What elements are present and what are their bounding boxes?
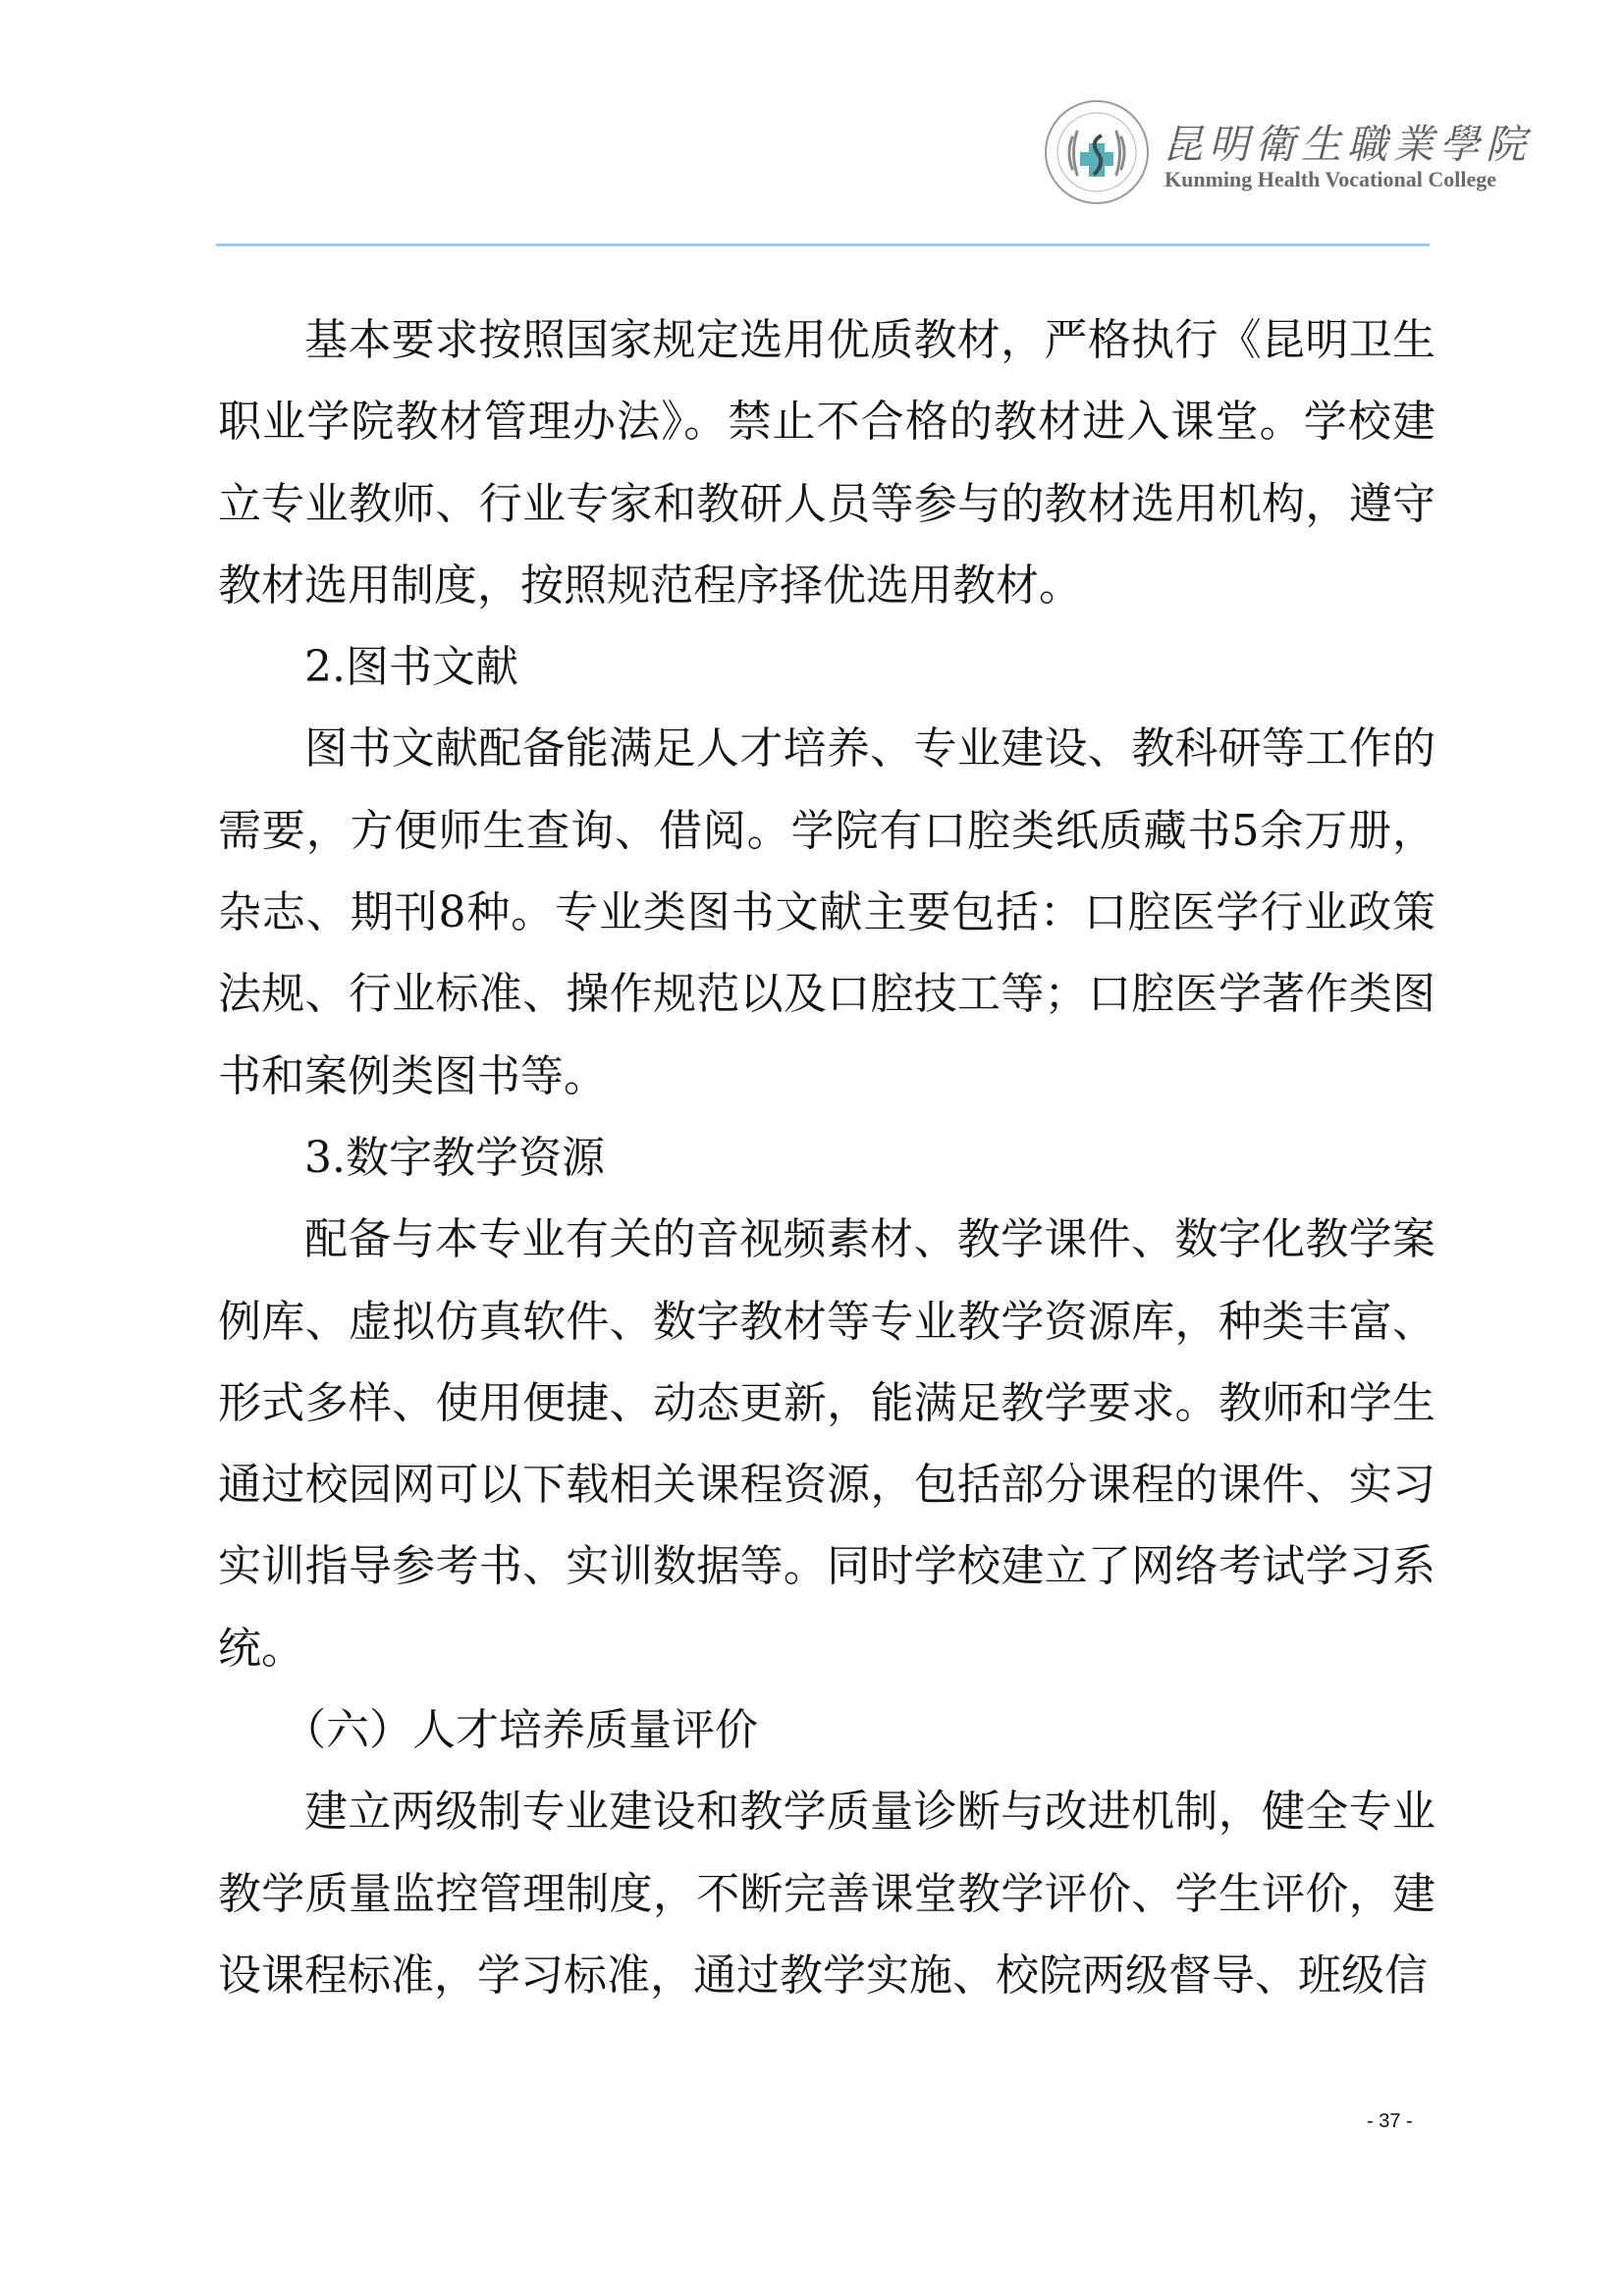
- paragraph-digital-resources: 配备与本专业有关的音视频素材、教学课件、数字化教学案例库、虚拟仿真软件、数字教材…: [218, 1199, 1435, 1689]
- document-page: 昆明衛生職業學院 Kunming Health Vocational Colle…: [0, 0, 1624, 2296]
- paragraph-textbook-selection: 基本要求按照国家规定选用优质教材，严格执行《昆明卫生职业学院教材管理办法》。禁止…: [218, 299, 1435, 626]
- paragraph-quality-evaluation: 建立两级制专业建设和教学质量诊断与改进机制，健全专业教学质量监控管理制度，不断完…: [218, 1771, 1435, 2016]
- college-seal-icon: [1043, 98, 1151, 206]
- page-header: 昆明衛生職業學院 Kunming Health Vocational Colle…: [1043, 94, 1514, 212]
- heading-library-resources: 2.图书文献: [218, 626, 1435, 708]
- heading-digital-resources: 3.数字教学资源: [218, 1117, 1435, 1199]
- heading-quality-evaluation: （六）人才培养质量评价: [218, 1689, 1435, 1771]
- page-number: - 37 -: [1367, 2110, 1413, 2133]
- paragraph-library-resources: 图书文献配备能满足人才培养、专业建设、教科研等工作的需要，方便师生查询、借阅。学…: [218, 708, 1435, 1116]
- document-body: 基本要求按照国家规定选用优质教材，严格执行《昆明卫生职业学院教材管理办法》。禁止…: [218, 299, 1435, 2016]
- college-name-en: Kunming Health Vocational College: [1164, 167, 1496, 192]
- header-divider: [216, 243, 1430, 246]
- college-name-cn: 昆明衛生職業學院: [1163, 112, 1532, 170]
